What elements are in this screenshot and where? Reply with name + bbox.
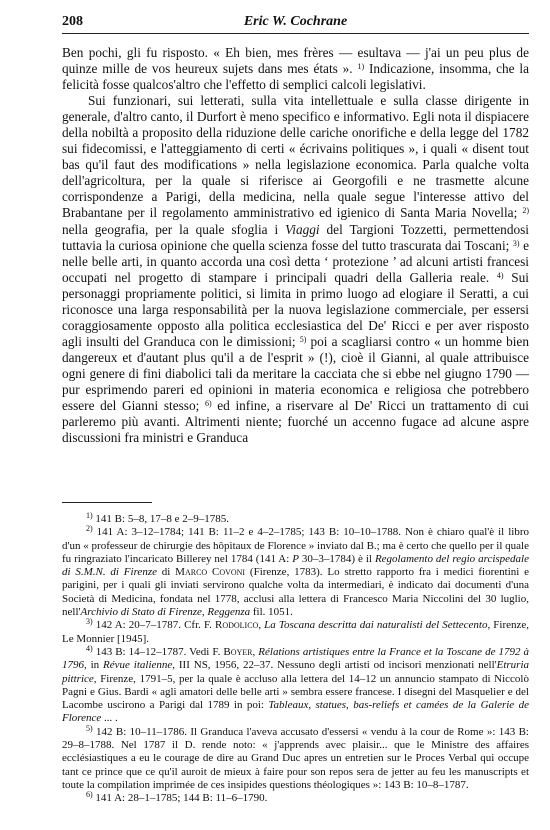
running-head-author: Eric W. Cochrane: [62, 14, 529, 30]
footnote-marker: 5): [300, 335, 307, 344]
header-rule: [62, 33, 529, 34]
footnote-5: 5) 142 B: 10–11–1786. Il Granduca l'avev…: [62, 726, 529, 792]
italic-text: P: [292, 553, 299, 565]
body-text: Ben pochi, gli fu risposto. « Eh bien, m…: [62, 45, 529, 446]
paragraph: Ben pochi, gli fu risposto. « Eh bien, m…: [62, 45, 529, 93]
page-header: 208 Eric W. Cochrane: [62, 8, 529, 32]
footnote-rule: [62, 502, 152, 503]
footnote-2: 2) 141 A: 3–12–1784; 141 B: 11–2 e 4–2–1…: [62, 526, 529, 619]
author-name: Rodolico: [215, 619, 258, 631]
footnote-marker: 5): [86, 724, 93, 733]
footnote-marker: 6): [86, 790, 93, 799]
footnote-6: 6) 141 A: 28–1–1785; 144 B: 11–6–1790.: [62, 792, 529, 805]
footnote-marker: 2): [522, 206, 529, 215]
italic-text: Révue italienne: [103, 659, 172, 671]
footnote-marker: 4): [86, 644, 93, 653]
paragraph: Sui funzionari, sui letterati, sulla vit…: [62, 93, 529, 446]
footnote-1: 1) 141 B: 5–8, 17–8 e 2–9–1785.: [62, 513, 529, 526]
italic-text: La Toscana descritta dai naturalisti del…: [264, 619, 487, 631]
italic-text: Tableaux, statues, bas-reliefs et camées…: [62, 699, 529, 724]
footnote-marker: 3): [513, 239, 520, 248]
author-name: Boyer: [223, 646, 252, 658]
author-name: Marco Covoni: [175, 566, 245, 578]
footnote-marker: 4): [497, 271, 504, 280]
footnote-marker: 2): [86, 524, 93, 533]
footnote-marker: 1): [357, 62, 364, 71]
footnote-marker: 6): [205, 399, 212, 408]
italic-text: Archivio di Stato di Firenze, Reggenza: [80, 606, 250, 618]
footnote-3: 3) 142 A: 20–7–1787. Cfr. F. Rodolico, L…: [62, 619, 529, 646]
footnote-marker: 3): [86, 617, 93, 626]
footnotes: 1) 141 B: 5–8, 17–8 e 2–9–1785. 2) 141 A…: [62, 513, 529, 806]
italic-text: Viaggi: [285, 222, 319, 237]
footnote-marker: 1): [86, 511, 93, 520]
footnote-4: 4) 143 B: 14–12–1787. Vedi F. Boyer, Rél…: [62, 646, 529, 726]
